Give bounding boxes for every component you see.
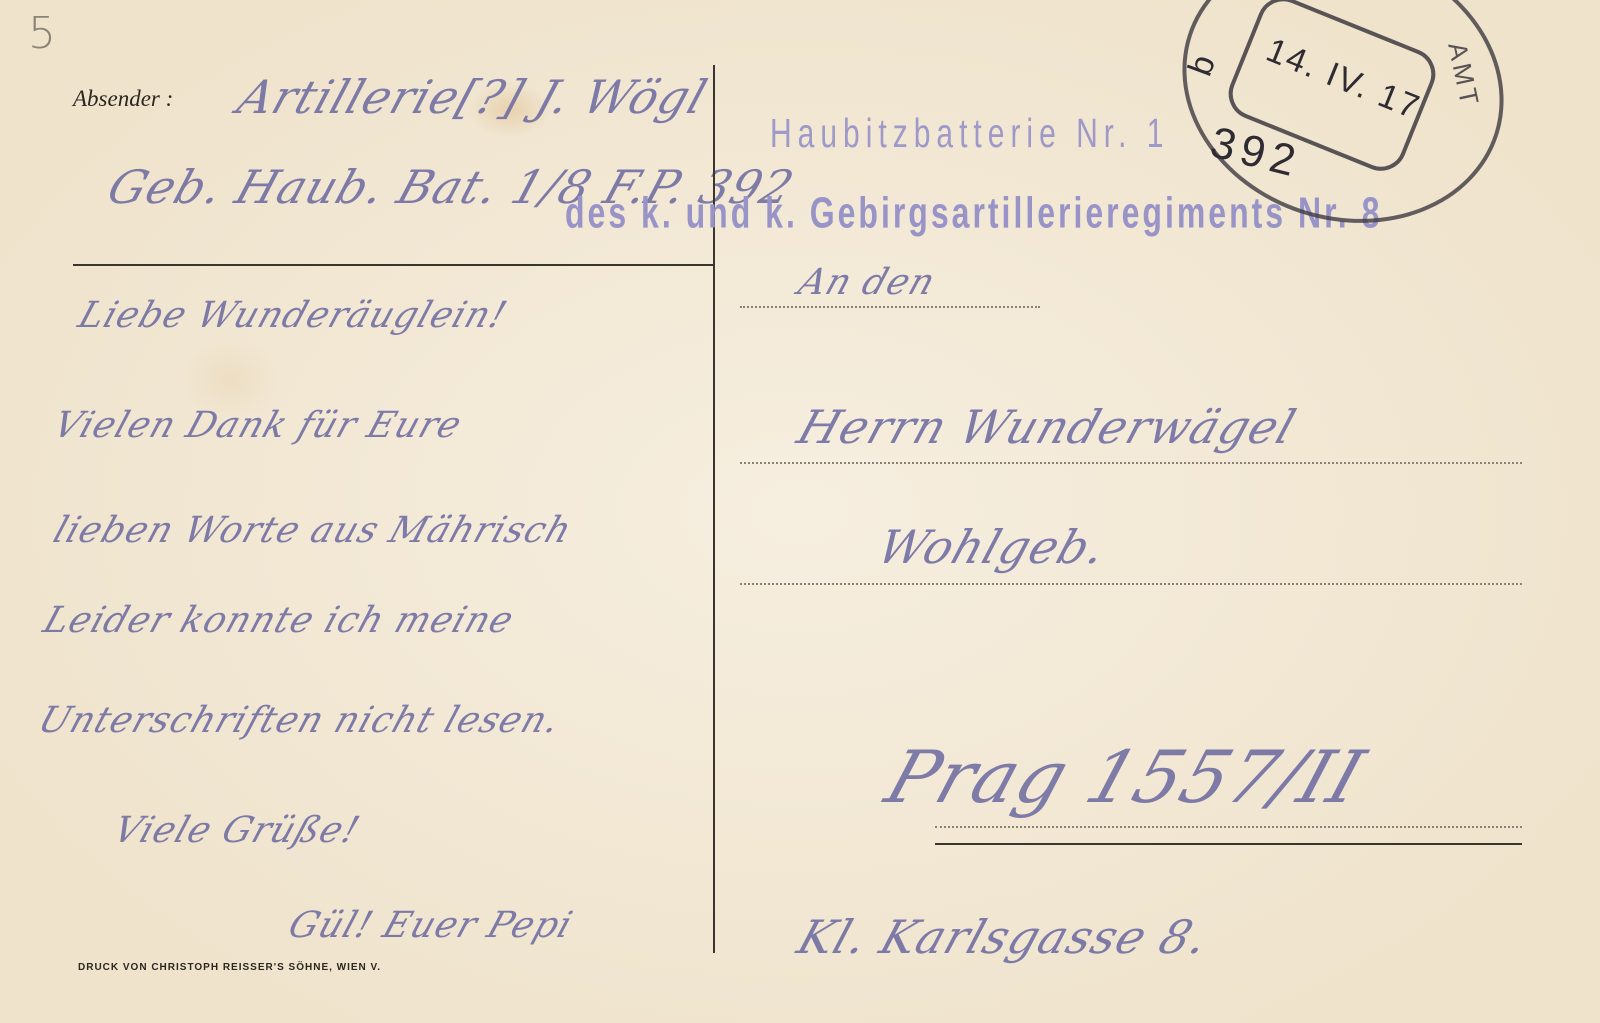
- sender-label: Absender :: [73, 86, 173, 112]
- address-city: Prag 1557/II: [876, 735, 1374, 819]
- message-line: lieben Worte aus Mährisch: [48, 510, 577, 551]
- sender-divider-line: [73, 264, 713, 266]
- message-signature: Gül! Euer Pepi: [283, 905, 578, 946]
- sender-name-handwriting: Artillerie[?] J. Wögl: [231, 70, 714, 124]
- corner-pencil-number: 5: [28, 8, 56, 59]
- address-street: Kl. Karlsgasse 8.: [791, 910, 1216, 964]
- message-line: Vielen Dank für Eure: [48, 405, 467, 446]
- address-dotted-line-3: [740, 583, 1522, 585]
- address-line: Wohlgeb.: [871, 520, 1113, 574]
- unit-stamp-line-1: Haubitzbatterie Nr. 1: [770, 112, 1169, 158]
- printer-imprint: DRUCK VON CHRISTOPH REISSER'S SÖHNE, WIE…: [78, 962, 381, 973]
- address-dotted-line-1: [740, 306, 1040, 308]
- address-line: An den: [793, 262, 940, 303]
- address-city-underline: [935, 843, 1522, 845]
- address-dotted-line-2: [740, 462, 1522, 464]
- address-line: Herrn Wunderwägel: [791, 400, 1303, 454]
- unit-stamp-line-2: des k. und k. Gebirgsartillerieregiments…: [565, 189, 1382, 239]
- message-line: Viele Grüße!: [108, 810, 365, 851]
- message-line: Leider konnte ich meine: [38, 600, 519, 641]
- message-line: Unterschriften nicht lesen.: [33, 700, 565, 741]
- address-dotted-line-4: [935, 826, 1522, 828]
- message-line: Liebe Wunderäuglein!: [73, 295, 512, 336]
